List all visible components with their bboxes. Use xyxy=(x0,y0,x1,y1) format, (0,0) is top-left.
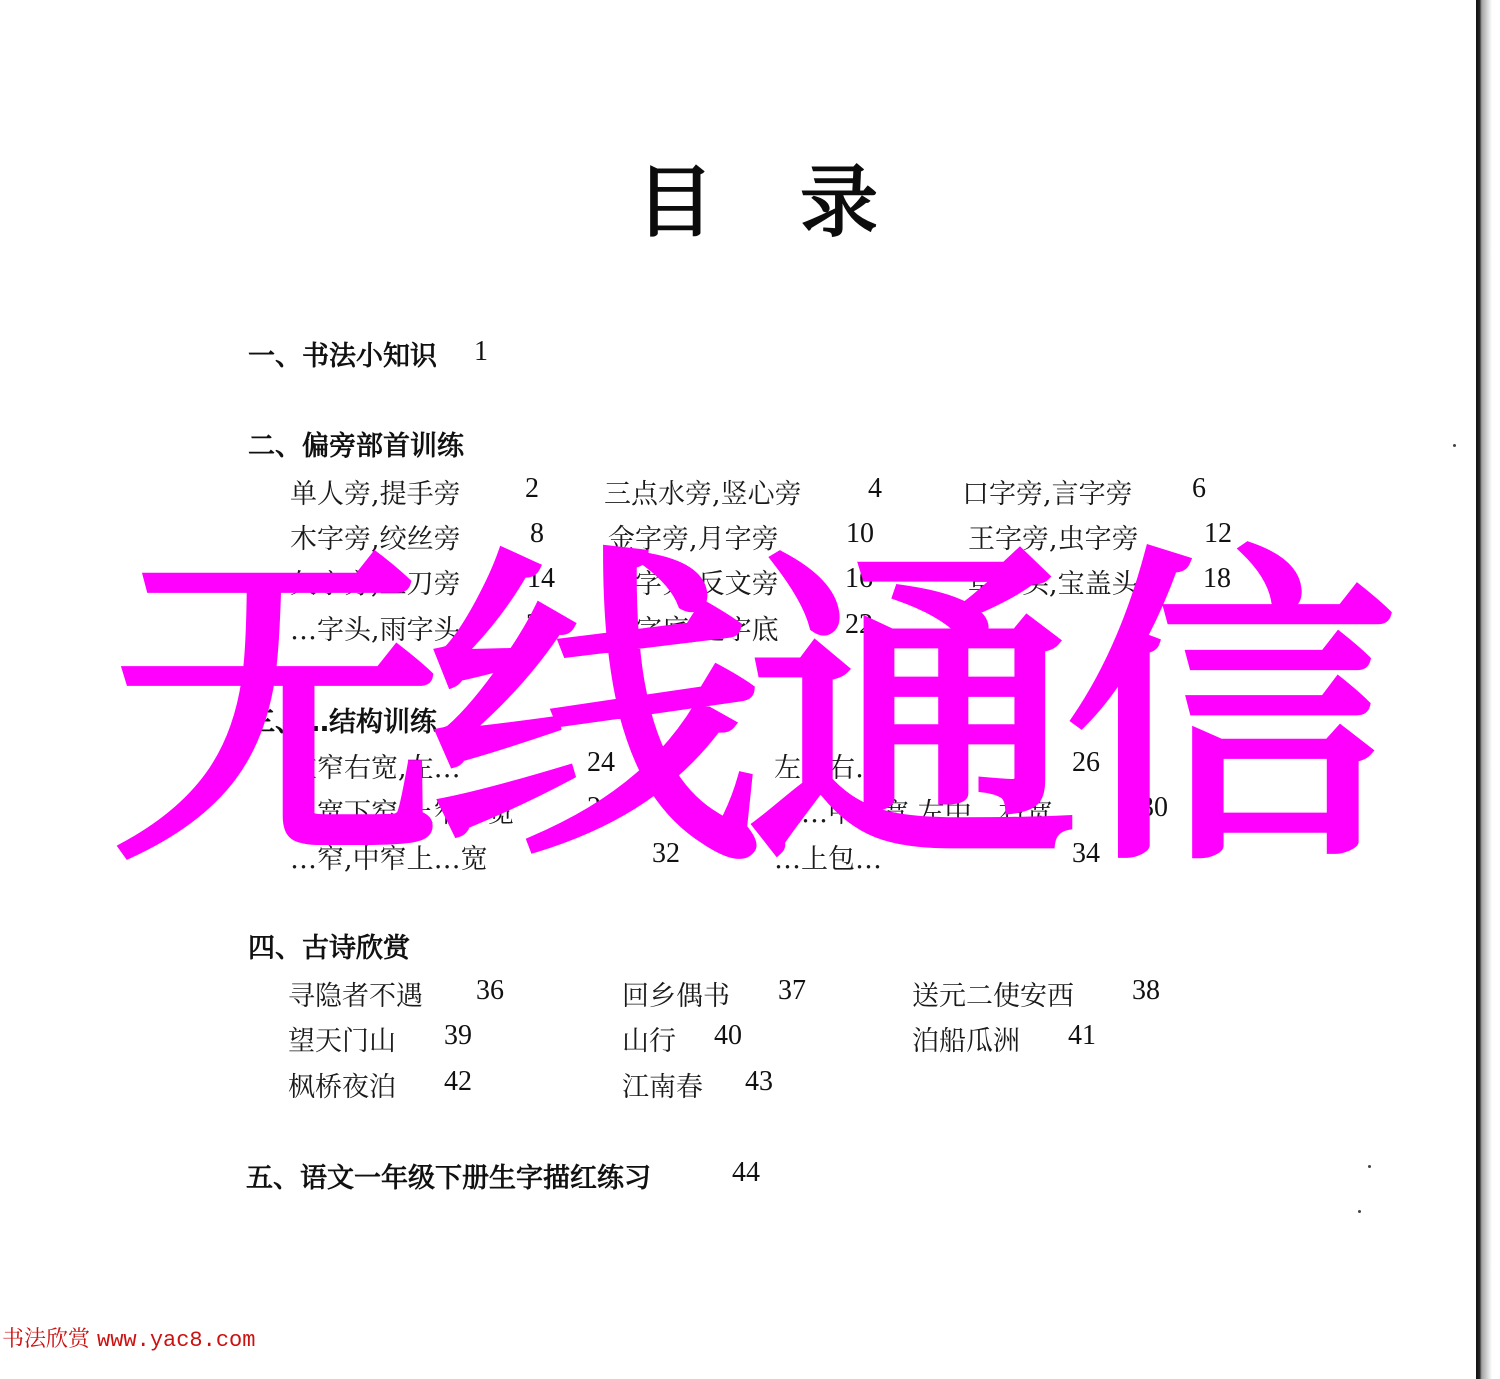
overlay-text: 无线通信 xyxy=(112,548,1384,878)
toc-item-label: 单人旁,提手旁 xyxy=(290,472,461,511)
toc-item-label: 回乡偶书 xyxy=(622,974,730,1013)
toc-item-page: 40 xyxy=(714,1020,742,1052)
title-char-2: 录 xyxy=(800,140,878,252)
toc-item-label: 枫桥夜泊 xyxy=(288,1065,396,1104)
toc-item-label: 三点水旁,竖心旁 xyxy=(604,472,802,511)
watermark: 书法欣赏 www.yac8.com xyxy=(2,1322,255,1353)
toc-item-label: 寻隐者不遇 xyxy=(288,974,423,1013)
section-4-heading: 四、古诗欣赏 xyxy=(248,926,410,965)
section-2-heading: 二、偏旁部首训练 xyxy=(248,424,464,463)
toc-item-page: 43 xyxy=(745,1066,773,1098)
watermark-site-name: 书法欣赏 xyxy=(2,1327,90,1352)
section-1-page: 1 xyxy=(474,336,488,368)
title-char-1: 目 xyxy=(636,140,714,252)
scan-speck xyxy=(1358,1210,1361,1213)
toc-item-label: 望天门山 xyxy=(288,1019,396,1058)
toc-item-page: 36 xyxy=(476,975,504,1007)
section-5-page: 44 xyxy=(732,1157,760,1189)
toc-item-page: 41 xyxy=(1068,1020,1096,1052)
toc-item-page: 2 xyxy=(525,473,539,505)
toc-item-label: 送元二使安西 xyxy=(912,974,1074,1013)
page-edge-shadow xyxy=(1482,0,1492,1379)
scan-speck xyxy=(1368,1165,1371,1168)
toc-item-page: 6 xyxy=(1192,473,1206,505)
section-5-heading: 五、语文一年级下册生字描红练习 xyxy=(246,1156,651,1195)
toc-item-label: 江南春 xyxy=(622,1065,703,1104)
toc-item-label: 山行 xyxy=(622,1019,676,1058)
section-1-heading: 一、书法小知识 xyxy=(248,334,437,373)
toc-item-page: 42 xyxy=(444,1066,472,1098)
scan-speck xyxy=(1453,444,1456,447)
toc-item-label: 口字旁,言字旁 xyxy=(962,472,1133,511)
toc-item-label: 泊船瓜洲 xyxy=(912,1019,1020,1058)
toc-item-page: 37 xyxy=(778,975,806,1007)
toc-item-page: 39 xyxy=(444,1020,472,1052)
toc-item-page: 38 xyxy=(1132,975,1160,1007)
toc-item-page: 4 xyxy=(868,473,882,505)
watermark-url[interactable]: www.yac8.com xyxy=(97,1328,255,1353)
